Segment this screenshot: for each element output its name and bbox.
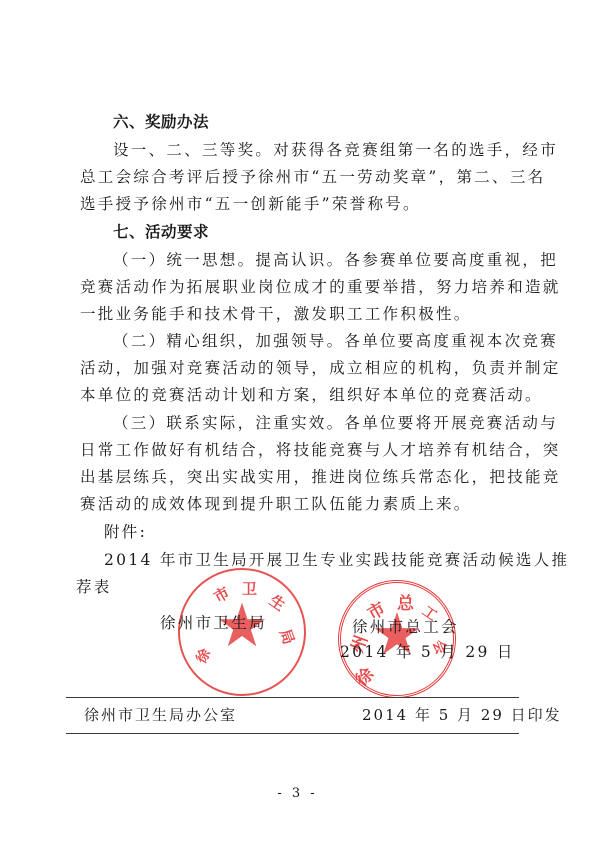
- paragraph-line: （一）统一思想。提高认识。各参赛单位要高度重视，把: [113, 250, 558, 270]
- paragraph-line: 出基层练兵，突出实战实用，推进岗位练兵常态化，把技能竞: [80, 467, 561, 487]
- paragraph-line: 日常工作做好有机结合，将技能竞赛与人才培养有机结合，突: [80, 440, 561, 460]
- paragraph-line: 本单位的竞赛活动计划和方案，组织好本单位的竞赛活动。: [80, 385, 543, 405]
- section-heading-reward: 六、奖励办法: [113, 112, 209, 132]
- signature-health-bureau: 徐州市卫生局: [160, 613, 267, 633]
- paragraph-line: （二）精心组织，加强领导。各单位要高度重视本次竞赛: [113, 331, 558, 351]
- paragraph-line: 赛活动的成效体现到提升职工队伍能力素质上来。: [80, 494, 472, 514]
- paragraph-line: 活动，加强对竞赛活动的领导，成立相应的机构，负责并制定: [80, 358, 561, 378]
- attachment-label: 附件:: [104, 522, 147, 542]
- attachment-title: 2014 年市卫生局开展卫生专业实践技能竞赛活动候选人推: [104, 550, 569, 570]
- footer-top-rule: [66, 697, 519, 698]
- paragraph-line: 一批业务能手和技术骨干，激发职工工作积极性。: [80, 304, 472, 324]
- footer-issuer: 徐州市卫生局办公室: [84, 705, 237, 725]
- section-heading-requirements: 七、活动要求: [113, 222, 209, 242]
- paragraph-line: （三）联系实际，注重实效。各单位要将开展竞赛活动与: [113, 413, 558, 433]
- paragraph-line: 总工会综合考评后授予徐州市“五一劳动奖章”，第二、三名: [80, 167, 545, 187]
- paragraph-line: 设一、二、三等奖。对获得各竞赛组第一名的选手，经市: [113, 140, 558, 160]
- page-number: - 3 -: [0, 786, 595, 801]
- attachment-title-cont: 荐表: [76, 577, 112, 597]
- signature-trade-union: 徐州市总工会: [352, 617, 459, 637]
- paragraph-line: 选手授予徐州市“五一创新能手”荣誉称号。: [80, 194, 421, 214]
- paragraph-line: 竞赛活动作为拓展职业岗位成才的重要举措，努力培养和造就: [80, 277, 561, 297]
- footer-bottom-rule: [66, 733, 519, 734]
- official-seal-trade-union: ★ 市 总 工 会 州 徐: [338, 580, 456, 698]
- signature-date: 2014 年 5 月 29 日: [340, 642, 515, 662]
- footer-issue-date: 2014 年 5 月 29 日印发: [362, 705, 562, 725]
- document-page: 六、奖励办法 设一、二、三等奖。对获得各竞赛组第一名的选手，经市 总工会综合考评…: [0, 0, 595, 842]
